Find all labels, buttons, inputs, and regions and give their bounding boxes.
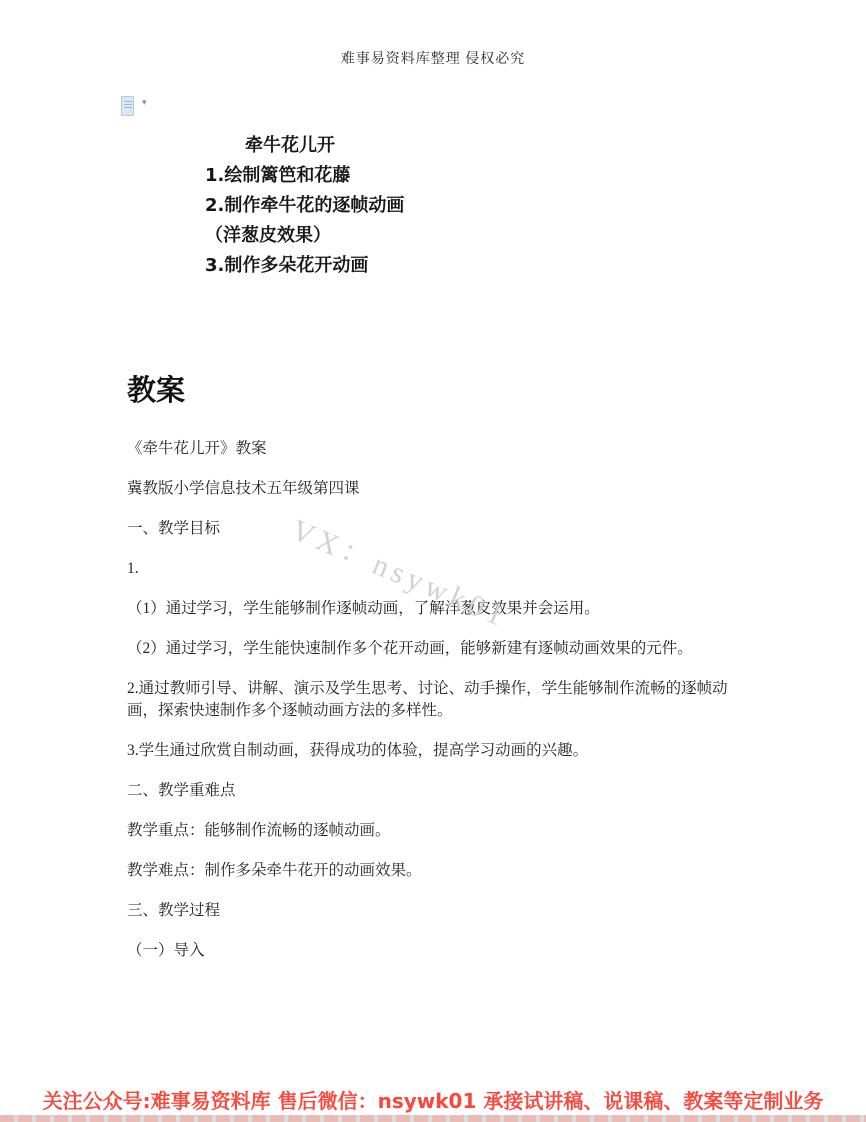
paragraph: 三、教学过程 xyxy=(127,900,747,922)
paragraph: 教学难点：制作多朵牵牛花开的动画效果。 xyxy=(127,860,747,882)
slide-item: （洋葱皮效果） xyxy=(205,221,404,251)
document-page: 难事易资料库整理 侵权必究 ▾ 牵牛花儿开 1.绘制篱笆和花藤 2.制作牵牛花的… xyxy=(0,0,866,1122)
paragraph: 《牵牛花儿开》教案 xyxy=(127,438,747,460)
slide-item: 2.制作牵牛花的逐帧动画 xyxy=(205,191,404,221)
paragraph: 2.通过教师引导、讲解、演示及学生思考、讨论、动手操作，学生能够制作流畅的逐帧动… xyxy=(127,678,747,722)
paragraph: （一）导入 xyxy=(127,940,747,962)
clipboard-icon xyxy=(121,96,134,116)
paragraph: 冀教版小学信息技术五年级第四课 xyxy=(127,478,747,500)
document-heading: 教案 xyxy=(127,368,185,409)
paragraph: 3.学生通过欣赏自制动画，获得成功的体验，提高学习动画的兴趣。 xyxy=(127,740,747,762)
page-header-text: 难事易资料库整理 侵权必究 xyxy=(0,48,866,68)
slide-item: 3.制作多朵花开动画 xyxy=(205,251,404,281)
footer-promo-text: 关注公众号:难事易资料库 售后微信：nsywk01 承接试讲稿、说课稿、教案等定… xyxy=(0,1085,866,1114)
document-body: 《牵牛花儿开》教案 冀教版小学信息技术五年级第四课 一、教学目标 1. （1）通… xyxy=(127,438,747,980)
paragraph: 一、教学目标 xyxy=(127,518,747,540)
paragraph: 教学重点：能够制作流畅的逐帧动画。 xyxy=(127,820,747,842)
chevron-down-icon: ▾ xyxy=(142,98,147,108)
paragraph: （2）通过学习，学生能快速制作多个花开动画，能够新建有逐帧动画效果的元件。 xyxy=(127,638,747,660)
paste-options-widget[interactable]: ▾ xyxy=(121,94,157,120)
paragraph: （1）通过学习，学生能够制作逐帧动画，了解洋葱皮效果并会运用。 xyxy=(127,598,747,620)
paragraph: 二、教学重难点 xyxy=(127,780,747,802)
paragraph: 1. xyxy=(127,558,747,580)
slide-item: 1.绘制篱笆和花藤 xyxy=(205,161,404,191)
slide-title: 牵牛花儿开 xyxy=(205,131,404,161)
embedded-slide-text: 牵牛花儿开 1.绘制篱笆和花藤 2.制作牵牛花的逐帧动画 （洋葱皮效果） 3.制… xyxy=(205,131,404,281)
footer-strip xyxy=(0,1115,866,1122)
